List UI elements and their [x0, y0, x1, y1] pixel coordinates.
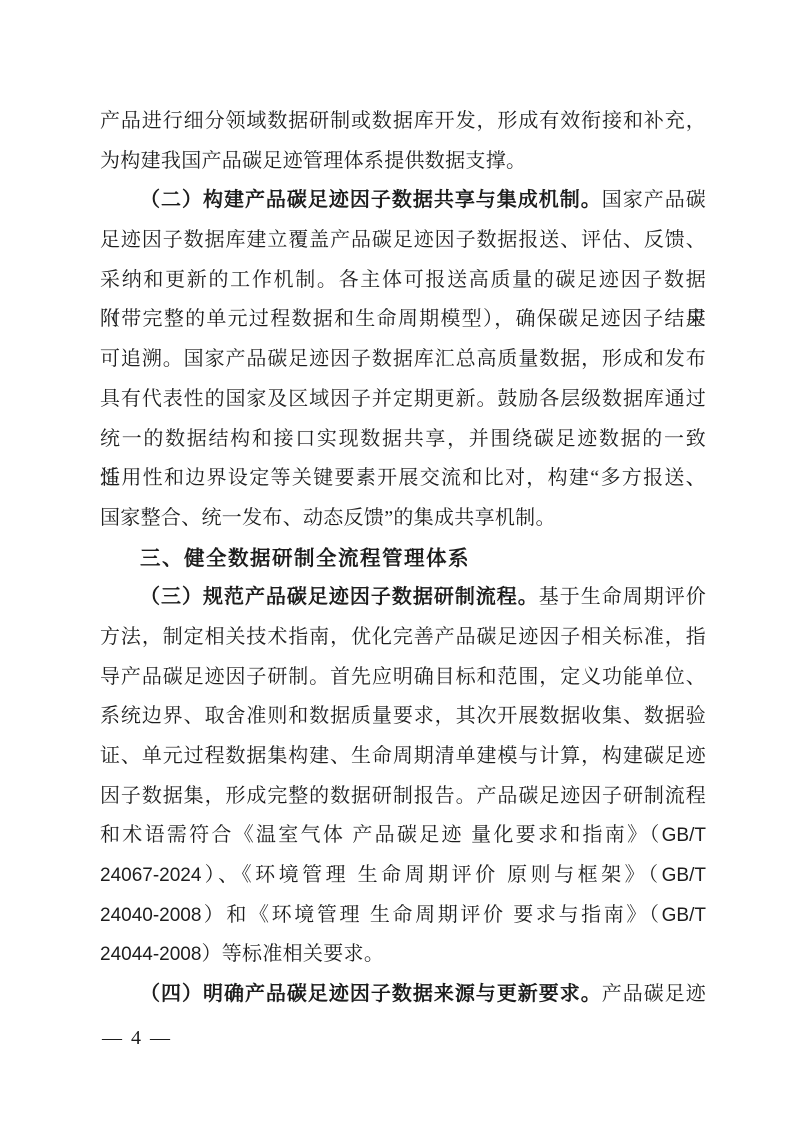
text-line: （二）构建产品碳足迹因子数据共享与集成机制。国家产品碳 [100, 181, 706, 221]
text-line: 采纳和更新的工作机制。各主体可报送高质量的碳足迹因子数据（应 [100, 261, 706, 301]
page-number: — 4 — [102, 1025, 172, 1051]
text-run-latin: GB/T [662, 825, 706, 846]
text-run: 和术语需符合《温室气体 产品碳足迹 量化要求和指南》（ [100, 824, 662, 846]
text-line: 导产品碳足迹因子研制。首先应明确目标和范围，定义功能单位、 [100, 658, 706, 698]
text-run-latin: GB/T [662, 865, 706, 886]
text-line: 方法，制定相关技术指南，优化完善产品碳足迹因子相关标准，指 [100, 618, 706, 658]
text-run-bold: （二）构建产品碳足迹因子数据共享与集成机制。 [140, 189, 602, 211]
text-line: 系统边界、取舍准则和数据质量要求，其次开展数据收集、数据验 [100, 697, 706, 737]
text-line: 为构建我国产品碳足迹管理体系提供数据支撑。 [100, 142, 706, 182]
text-run: 国家整合、统一发布、动态反馈”的集成共享机制。 [100, 507, 556, 529]
text-run: 可追溯。国家产品碳足迹因子数据库汇总高质量数据，形成和发布 [100, 348, 706, 370]
document-body: 产品进行细分领域数据研制或数据库开发，形成有效衔接和补充，为构建我国产品碳足迹管… [100, 102, 706, 1015]
text-run-latin: 24067-2024 [100, 865, 201, 886]
text-line: 可追溯。国家产品碳足迹因子数据库汇总高质量数据，形成和发布 [100, 340, 706, 380]
text-run-latin: 24044-2008 [100, 944, 201, 965]
text-line: 24067-2024）、《环境管理 生命周期评价 原则与框架》（GB/T [100, 856, 706, 896]
text-run-hei: 三、健全数据研制全流程管理体系 [140, 547, 470, 570]
text-line: 产品进行细分领域数据研制或数据库开发，形成有效衔接和补充， [100, 102, 706, 142]
text-run: ）、《环境管理 生命周期评价 原则与框架》（ [201, 864, 661, 886]
text-line: （三）规范产品碳足迹因子数据研制流程。基于生命周期评价 [100, 578, 706, 618]
text-line: 因子数据集，形成完整的数据研制报告。产品碳足迹因子研制流程 [100, 777, 706, 817]
text-run: 导产品碳足迹因子研制。首先应明确目标和范围，定义功能单位、 [100, 666, 706, 688]
text-line: 统一的数据结构和接口实现数据共享，并围绕碳足迹数据的一致性、 [100, 420, 706, 460]
text-line: 和术语需符合《温室气体 产品碳足迹 量化要求和指南》（GB/T [100, 816, 706, 856]
text-line: 附带完整的单元过程数据和生命周期模型），确保碳足迹因子结果 [100, 300, 706, 340]
text-line: 国家整合、统一发布、动态反馈”的集成共享机制。 [100, 499, 706, 539]
text-line: 适用性和边界设定等关键要素开展交流和比对，构建“多方报送、 [100, 459, 706, 499]
text-run: 足迹因子数据库建立覆盖产品碳足迹因子数据报送、评估、反馈、 [100, 229, 706, 251]
text-run: 附带完整的单元过程数据和生命周期模型），确保碳足迹因子结果 [100, 308, 706, 330]
text-run: 方法，制定相关技术指南，优化完善产品碳足迹因子相关标准，指 [100, 626, 706, 648]
text-run: ）等标准相关要求。 [201, 943, 384, 965]
text-run-bold: （三）规范产品碳足迹因子数据研制流程。 [140, 586, 539, 608]
text-run: 为构建我国产品碳足迹管理体系提供数据支撑。 [100, 150, 526, 172]
text-run: 产品进行细分领域数据研制或数据库开发，形成有效衔接和补充， [100, 110, 706, 132]
text-run: ）和《环境管理 生命周期评价 要求与指南》（ [201, 904, 661, 926]
text-line: 三、健全数据研制全流程管理体系 [100, 539, 706, 579]
text-run: 证、单元过程数据集构建、生命周期清单建模与计算，构建碳足迹 [100, 745, 706, 767]
text-line: 24040-2008）和《环境管理 生命周期评价 要求与指南》（GB/T [100, 896, 706, 936]
text-run: 基于生命周期评价 [539, 586, 706, 608]
text-run: 适用性和边界设定等关键要素开展交流和比对，构建“多方报送、 [100, 467, 706, 489]
text-run: 因子数据集，形成完整的数据研制报告。产品碳足迹因子研制流程 [100, 785, 706, 807]
text-run: 系统边界、取舍准则和数据质量要求，其次开展数据收集、数据验 [100, 705, 706, 727]
text-line: 24044-2008）等标准相关要求。 [100, 935, 706, 975]
text-run: 产品碳足迹 [602, 983, 706, 1005]
text-line: （四）明确产品碳足迹因子数据来源与更新要求。产品碳足迹 [100, 975, 706, 1015]
document-page: 产品进行细分领域数据研制或数据库开发，形成有效衔接和补充，为构建我国产品碳足迹管… [0, 0, 800, 1131]
text-line: 足迹因子数据库建立覆盖产品碳足迹因子数据报送、评估、反馈、 [100, 221, 706, 261]
text-run-bold: （四）明确产品碳足迹因子数据来源与更新要求。 [140, 983, 602, 1005]
text-run-latin: 24040-2008 [100, 905, 201, 926]
text-run: 具有代表性的国家及区域因子并定期更新。鼓励各层级数据库通过 [100, 388, 706, 410]
text-line: 具有代表性的国家及区域因子并定期更新。鼓励各层级数据库通过 [100, 380, 706, 420]
text-run: 国家产品碳 [602, 189, 706, 211]
text-line: 证、单元过程数据集构建、生命周期清单建模与计算，构建碳足迹 [100, 737, 706, 777]
text-run-latin: GB/T [662, 905, 706, 926]
